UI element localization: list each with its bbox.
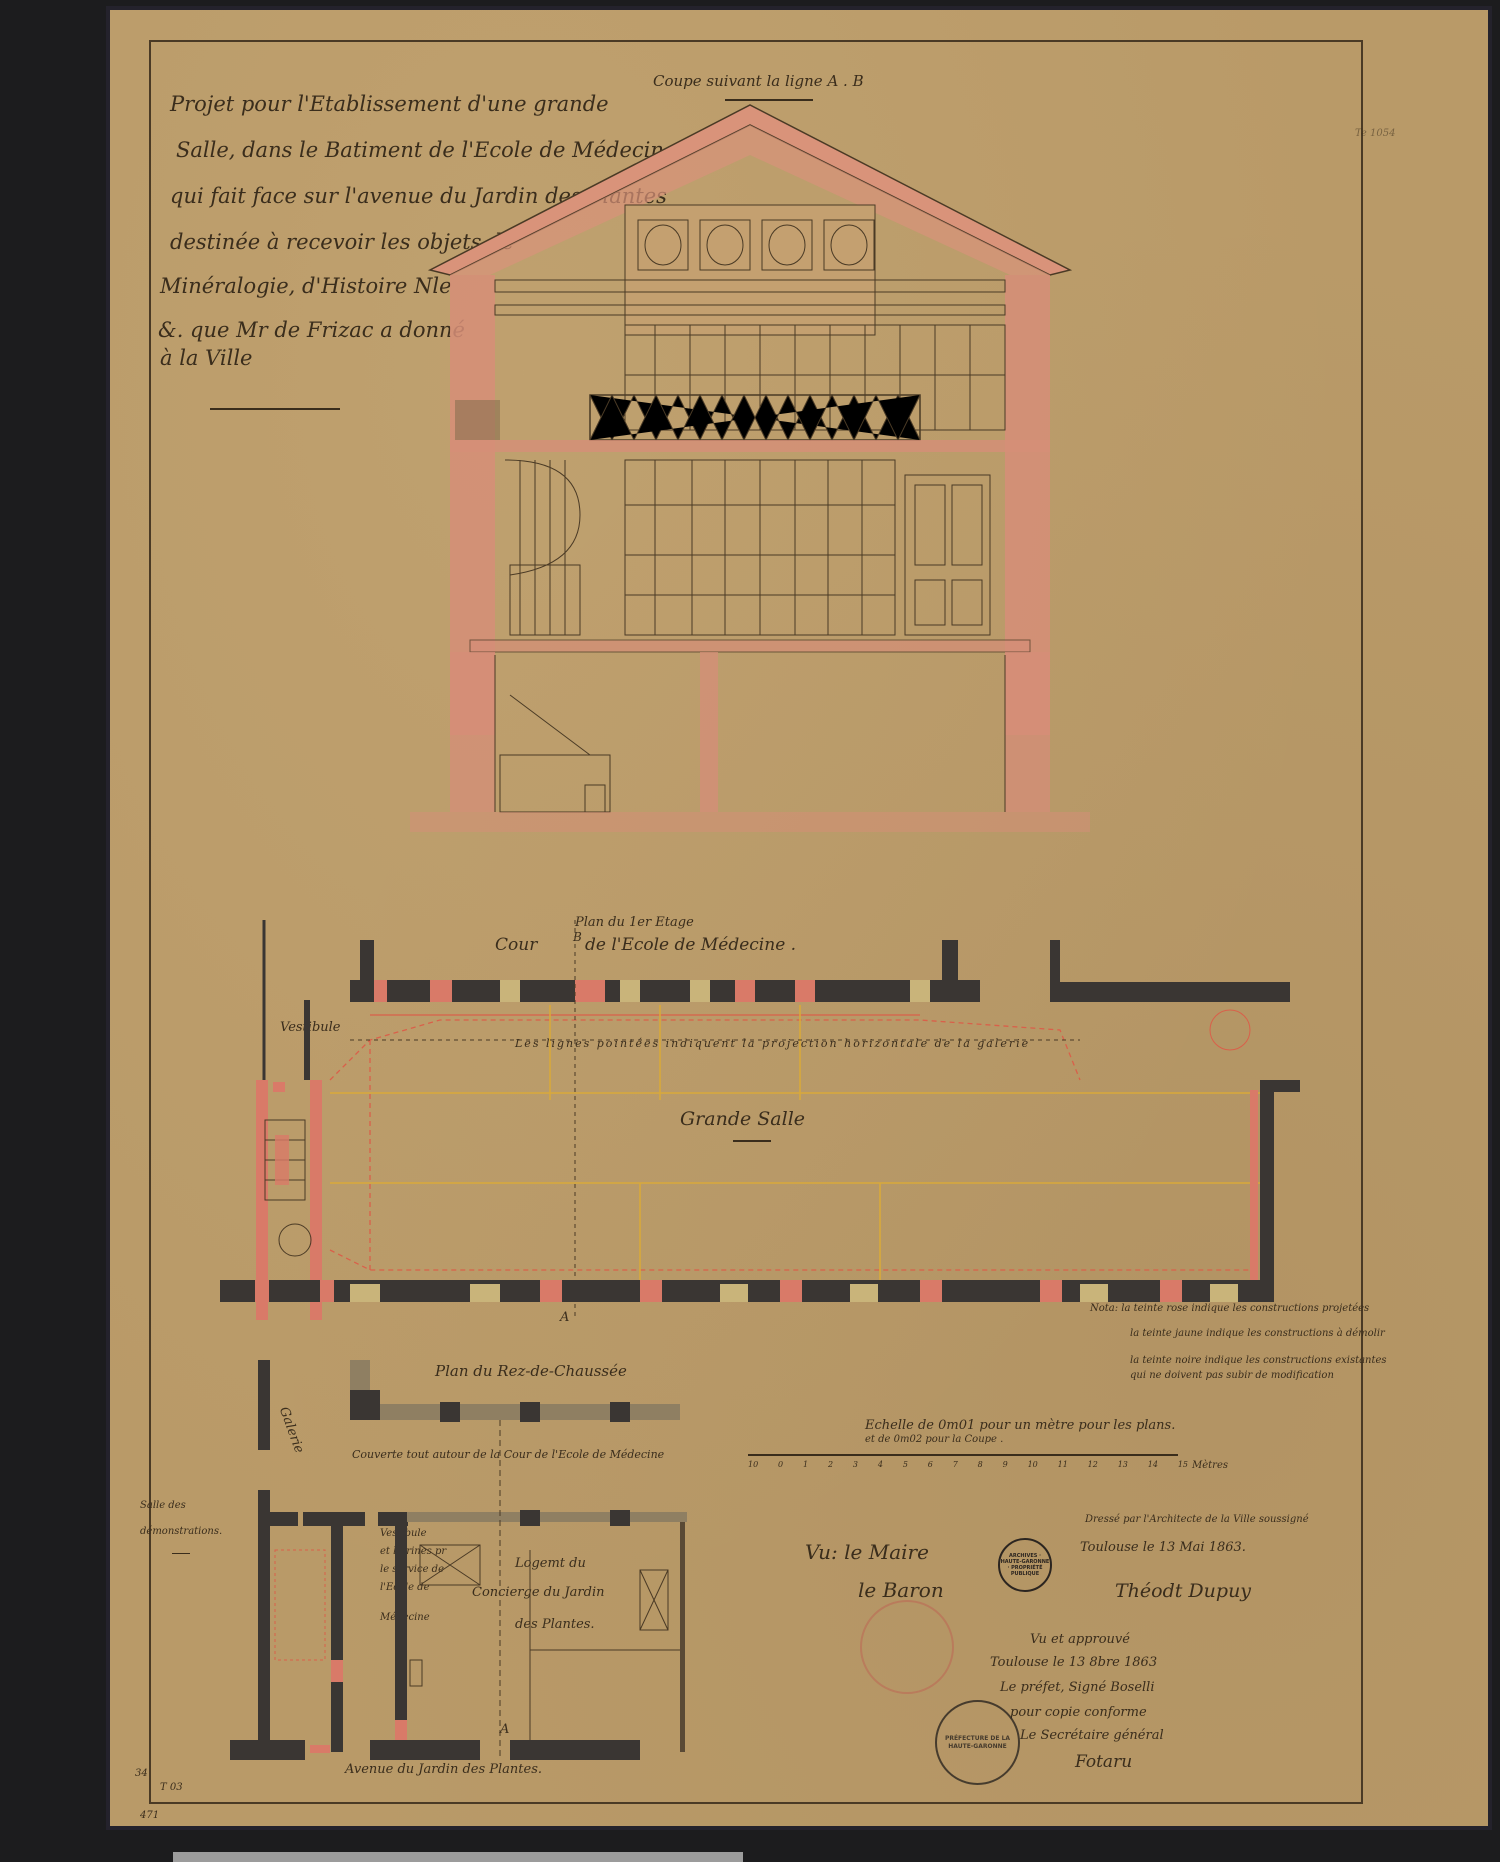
scale-unit: Mètres <box>1192 1460 1228 1471</box>
tick: 13 <box>1118 1460 1128 1469</box>
prefecture-seal: PRÉFECTURE DE LA HAUTE-GARONNE <box>935 1700 1020 1785</box>
tick: 2 <box>828 1460 833 1469</box>
tick: 14 <box>1148 1460 1158 1469</box>
first-floor-plan <box>220 920 1300 1320</box>
scale-ticks: 100 12 34 56 78 910 1112 1314 15 <box>748 1460 1188 1469</box>
archives-stamp-text: ARCHIVES · HAUTE-GARONNE · PROPRIÉTÉ PUB… <box>1000 1553 1050 1577</box>
tick: 3 <box>853 1460 858 1469</box>
section-title: Coupe suivant la ligne A . B <box>653 72 864 90</box>
scale-caption-1: Echelle de 0m01 pour un mètre pour les p… <box>865 1418 1175 1433</box>
approval-line-1: Vu et approuvé <box>1030 1632 1130 1647</box>
approval-line-5: Le Secrétaire général <box>1020 1728 1164 1743</box>
approval-line-2: Toulouse le 13 8bre 1863 <box>990 1655 1157 1670</box>
title-line-7: à la Ville <box>160 346 252 370</box>
title-underline <box>210 408 340 410</box>
tick: 0 <box>778 1460 783 1469</box>
note-line-2: la teinte jaune indique les construction… <box>1130 1328 1385 1339</box>
mayor-line-1: Vu: le Maire <box>805 1540 929 1564</box>
tick: 6 <box>928 1460 933 1469</box>
note-line-4: qui ne doivent pas subir de modification <box>1130 1370 1334 1381</box>
architect-signature: Théodt Dupuy <box>1115 1580 1251 1602</box>
tick: 4 <box>878 1460 883 1469</box>
section-drawing <box>410 95 1090 855</box>
architect-line-2: Toulouse le 13 Mai 1863. <box>1080 1540 1246 1555</box>
tick: 11 <box>1058 1460 1068 1469</box>
label-salle-1: Salle des <box>140 1500 186 1511</box>
archives-stamp: ARCHIVES · HAUTE-GARONNE · PROPRIÉTÉ PUB… <box>998 1538 1052 1592</box>
note-line-1: Nota: la teinte rose indique les constru… <box>1090 1303 1369 1314</box>
approval-signature: Fotaru <box>1075 1752 1132 1772</box>
tick: 7 <box>953 1460 958 1469</box>
note-line-3: la teinte noire indique les construction… <box>1130 1355 1387 1366</box>
architect-line-1: Dressé par l'Architecte de la Ville sous… <box>1085 1514 1309 1525</box>
corner-note: Te 1054 <box>1355 128 1395 139</box>
label-salle-2: démonstrations. <box>140 1526 222 1537</box>
label-avenue: Avenue du Jardin des Plantes. <box>345 1762 542 1777</box>
tick: 12 <box>1088 1460 1098 1469</box>
viewer-scrollbar[interactable] <box>173 1852 743 1862</box>
tick: 10 <box>748 1460 758 1469</box>
tick: 15 <box>1178 1460 1188 1469</box>
salle-dash <box>172 1553 190 1554</box>
tick: 9 <box>1003 1460 1008 1469</box>
tick: 5 <box>903 1460 908 1469</box>
margin-number-3: 471 <box>140 1810 159 1821</box>
red-stamp-faded <box>860 1600 954 1694</box>
prefecture-seal-text: PRÉFECTURE DE LA HAUTE-GARONNE <box>943 1735 1012 1751</box>
tick: 1 <box>803 1460 808 1469</box>
margin-number-2: T 03 <box>160 1782 183 1793</box>
tick: 8 <box>978 1460 983 1469</box>
scale-caption-2: et de 0m02 pour la Coupe . <box>865 1434 1003 1445</box>
approval-line-4: pour copie conforme <box>1010 1705 1147 1720</box>
title-line-5: Minéralogie, d'Histoire Nle <box>160 274 452 298</box>
margin-number-1: 34 <box>135 1768 148 1779</box>
scale-bar: 100 12 34 56 78 910 1112 1314 15 <box>748 1454 1188 1478</box>
ground-floor-plan <box>230 1360 700 1760</box>
mayor-line-2: le Baron <box>858 1578 944 1602</box>
approval-line-3: Le préfet, Signé Boselli <box>1000 1680 1154 1695</box>
tick: 10 <box>1028 1460 1038 1469</box>
